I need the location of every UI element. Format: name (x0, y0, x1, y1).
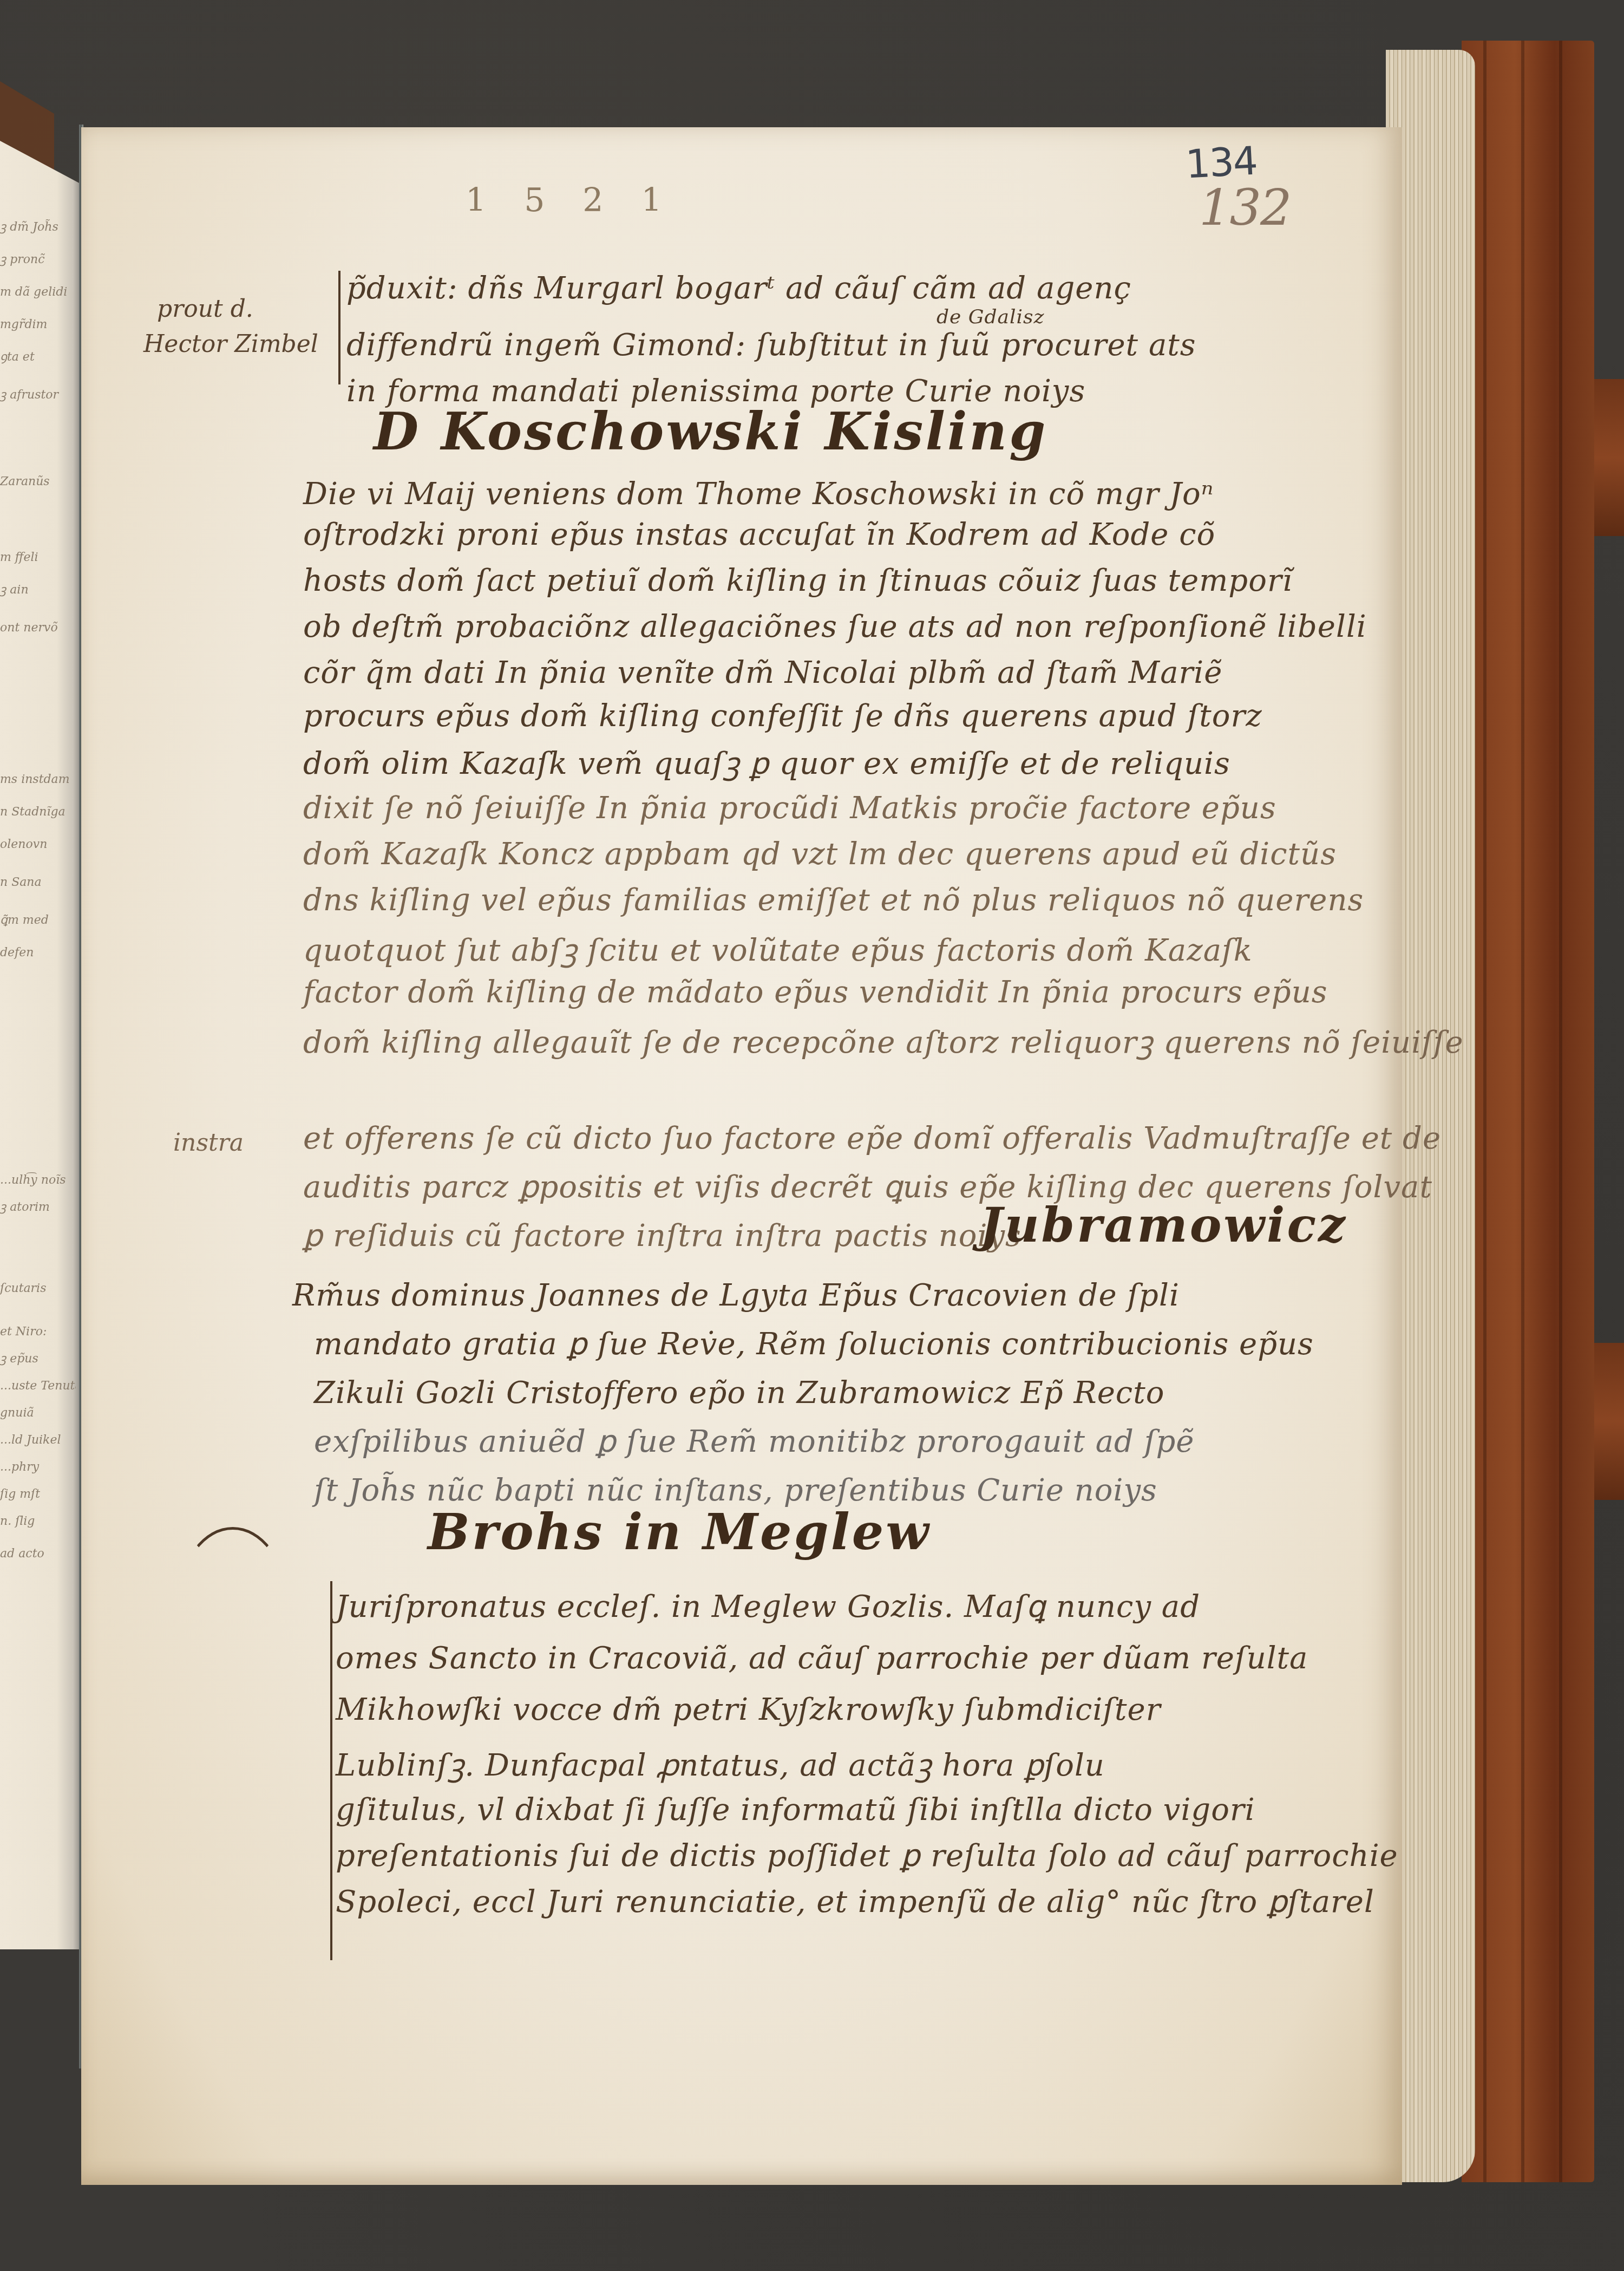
left-margin-fragment: n Sana (0, 872, 76, 893)
text-line: Mikhowſki vocce dm̃ petri Kyſzkrowſky ſu… (336, 1692, 1161, 1727)
text-line: cõr q̃m dati In p̃nia venĩte dm̃ Nicolai… (303, 655, 1222, 690)
text-line: factor dom̃ kiſling de mãdato ep̃us vend… (303, 975, 1328, 1010)
left-margin-fragment: n. ſlig (0, 1511, 76, 1532)
year-header: 1521 (466, 181, 700, 219)
entry-heading: Brohs in Meglew (428, 1503, 931, 1561)
left-margin-fragment: ꝫ afrustor (0, 384, 76, 406)
left-margin-fragment: ꝫ atorim (0, 1197, 76, 1218)
clasp-strap-lower (1594, 1343, 1624, 1500)
bracket-mark (338, 271, 340, 384)
left-margin-fragment: ...uste Tenuta (0, 1375, 76, 1397)
text-line: mandato gratia ꝑ ſue Rev̇e, Rẽm ſolucion… (314, 1327, 1314, 1362)
margin-note: prout d. (157, 295, 253, 323)
left-margin-fragment: ...ulh͡y noĩs (0, 1170, 76, 1191)
left-margin-fragment: ꝫ ain (0, 579, 76, 601)
text-line: oſtrodzki proni ep̃us instas accuſat ĩn … (303, 517, 1215, 552)
text-line: Lublinſꝫ. Dunfacpal ꝓntatus, ad actãꝫ ho… (336, 1744, 1105, 1785)
left-margin-fragment: m ffeli (0, 547, 76, 569)
text-line: p̃duxit: dñs Murgarl bogarᵗ ad cãuſ cãm … (346, 271, 1131, 306)
left-margin-fragment: mgr̃dim (0, 314, 76, 336)
bracket-mark (330, 1581, 332, 1960)
text-line: dns kiſling vel ep̃us familias emiſſet e… (303, 883, 1364, 918)
interlinear-note: de Gdalisz (937, 306, 1045, 328)
left-facing-page: ꝫ dm̃ Joh̃sꝫ pronc̃m dã gelidimgr̃dimꝯta… (0, 125, 81, 1949)
left-margin-fragment: ꝗ̃m med (0, 910, 76, 931)
decorative-flourish (179, 1527, 287, 1673)
left-margin-fragment: n Stadnĩga (0, 801, 76, 823)
left-margin-fragment: defen (0, 942, 76, 964)
text-line: Rm̃us dominus Joannes de Lgyta Ep̃us Cra… (292, 1278, 1180, 1313)
entry-heading: D Koschowski Kisling (374, 401, 1047, 462)
text-line: et offerens ſe cũ dicto ſuo factore ep̃e… (303, 1121, 1441, 1156)
left-margin-fragment: ...phry (0, 1457, 76, 1478)
text-line: diffendrũ ingem̃ Gimond: ſubſtitut in ſu… (346, 328, 1196, 363)
text-line: dom̃ olim Kazaſk vem̃ quaſꝫ ꝑ quor ex em… (303, 742, 1230, 783)
left-margin-fragment: gnuiã (0, 1402, 76, 1424)
entry-heading: Jubramowicz (980, 1197, 1347, 1253)
margin-note-instra: instra (173, 1129, 244, 1157)
left-margin-fragment: ...ld Juikel (0, 1430, 76, 1451)
text-line: gſitulus, vl dixbat ſi ſuſſe informatũ ſ… (336, 1792, 1255, 1828)
clasp-strap-upper (1594, 379, 1624, 536)
left-margin-fragment: ſcutaris (0, 1278, 76, 1300)
text-line: omes Sancto in Cracoviã, ad cãuſ parroch… (336, 1641, 1308, 1676)
left-margin-fragment: ad acto (0, 1543, 76, 1565)
left-margin-fragment: ꝫ ep̃us (0, 1348, 76, 1370)
text-line: Spoleci, eccl Juri renunciatie, et impen… (336, 1884, 1374, 1920)
left-margin-fragment: et Niro: (0, 1321, 76, 1343)
left-margin-fragment: Zaranũs (0, 471, 76, 493)
text-line: ob deſtm̃ probaciõnz allegaciõnes ſue at… (303, 609, 1367, 644)
text-line: dom̃ kiſling allegauĩt ſe de recepcõne a… (303, 1021, 1464, 1062)
text-line: procurs ep̃us dom̃ kiſling confeſſit ſe … (303, 699, 1262, 734)
text-line: hosts dom̃ ſact petiuĩ dom̃ kiſling in ſ… (303, 563, 1293, 598)
left-margin-fragment: olenovn (0, 834, 76, 856)
text-line: ꝑ reſiduis cũ factore inſtra inſtra pact… (303, 1218, 1021, 1254)
left-margin-fragment: ꝯta et (0, 347, 76, 368)
left-margin-fragment: ſig mſt (0, 1484, 76, 1505)
left-margin-fragment: ꝫ pronc̃ (0, 249, 76, 271)
margin-note: Hector Zimbel (143, 330, 318, 358)
text-line: Juriſpronatus eccleſ. in Meglew Gozlis. … (336, 1589, 1200, 1624)
left-margin-fragment: ont nervõ (0, 617, 76, 639)
text-line: exſpilibus aniuẽd ꝑ ſue Rem̃ monitibz pr… (314, 1424, 1194, 1459)
text-line: preſentationis ſui de dictis poſſidet ꝑ … (336, 1838, 1398, 1874)
text-line: quotquot ſut abſꝫ ſcitu et volũtate ep̃u… (303, 929, 1253, 970)
leather-binding (1462, 41, 1594, 2182)
text-line: dom̃ Kazaſk Koncz appbam qd vzt lm dec q… (303, 837, 1337, 872)
text-line: Zikuli Gozli Cristoffero ep̃o in Zubramo… (314, 1375, 1164, 1411)
text-line: Die vi Maij veniens dom Thome Koschowski… (303, 477, 1214, 512)
left-margin-fragment: m dã gelidi (0, 282, 76, 303)
text-line: dixit ſe nõ ſeiuiſſe In p̃nia procũdi Ma… (303, 791, 1276, 826)
left-margin-fragment: ms instdam (0, 769, 76, 791)
folio-number-ink: 132 (1199, 179, 1291, 237)
left-margin-fragment: ꝫ dm̃ Joh̃s (0, 217, 76, 238)
